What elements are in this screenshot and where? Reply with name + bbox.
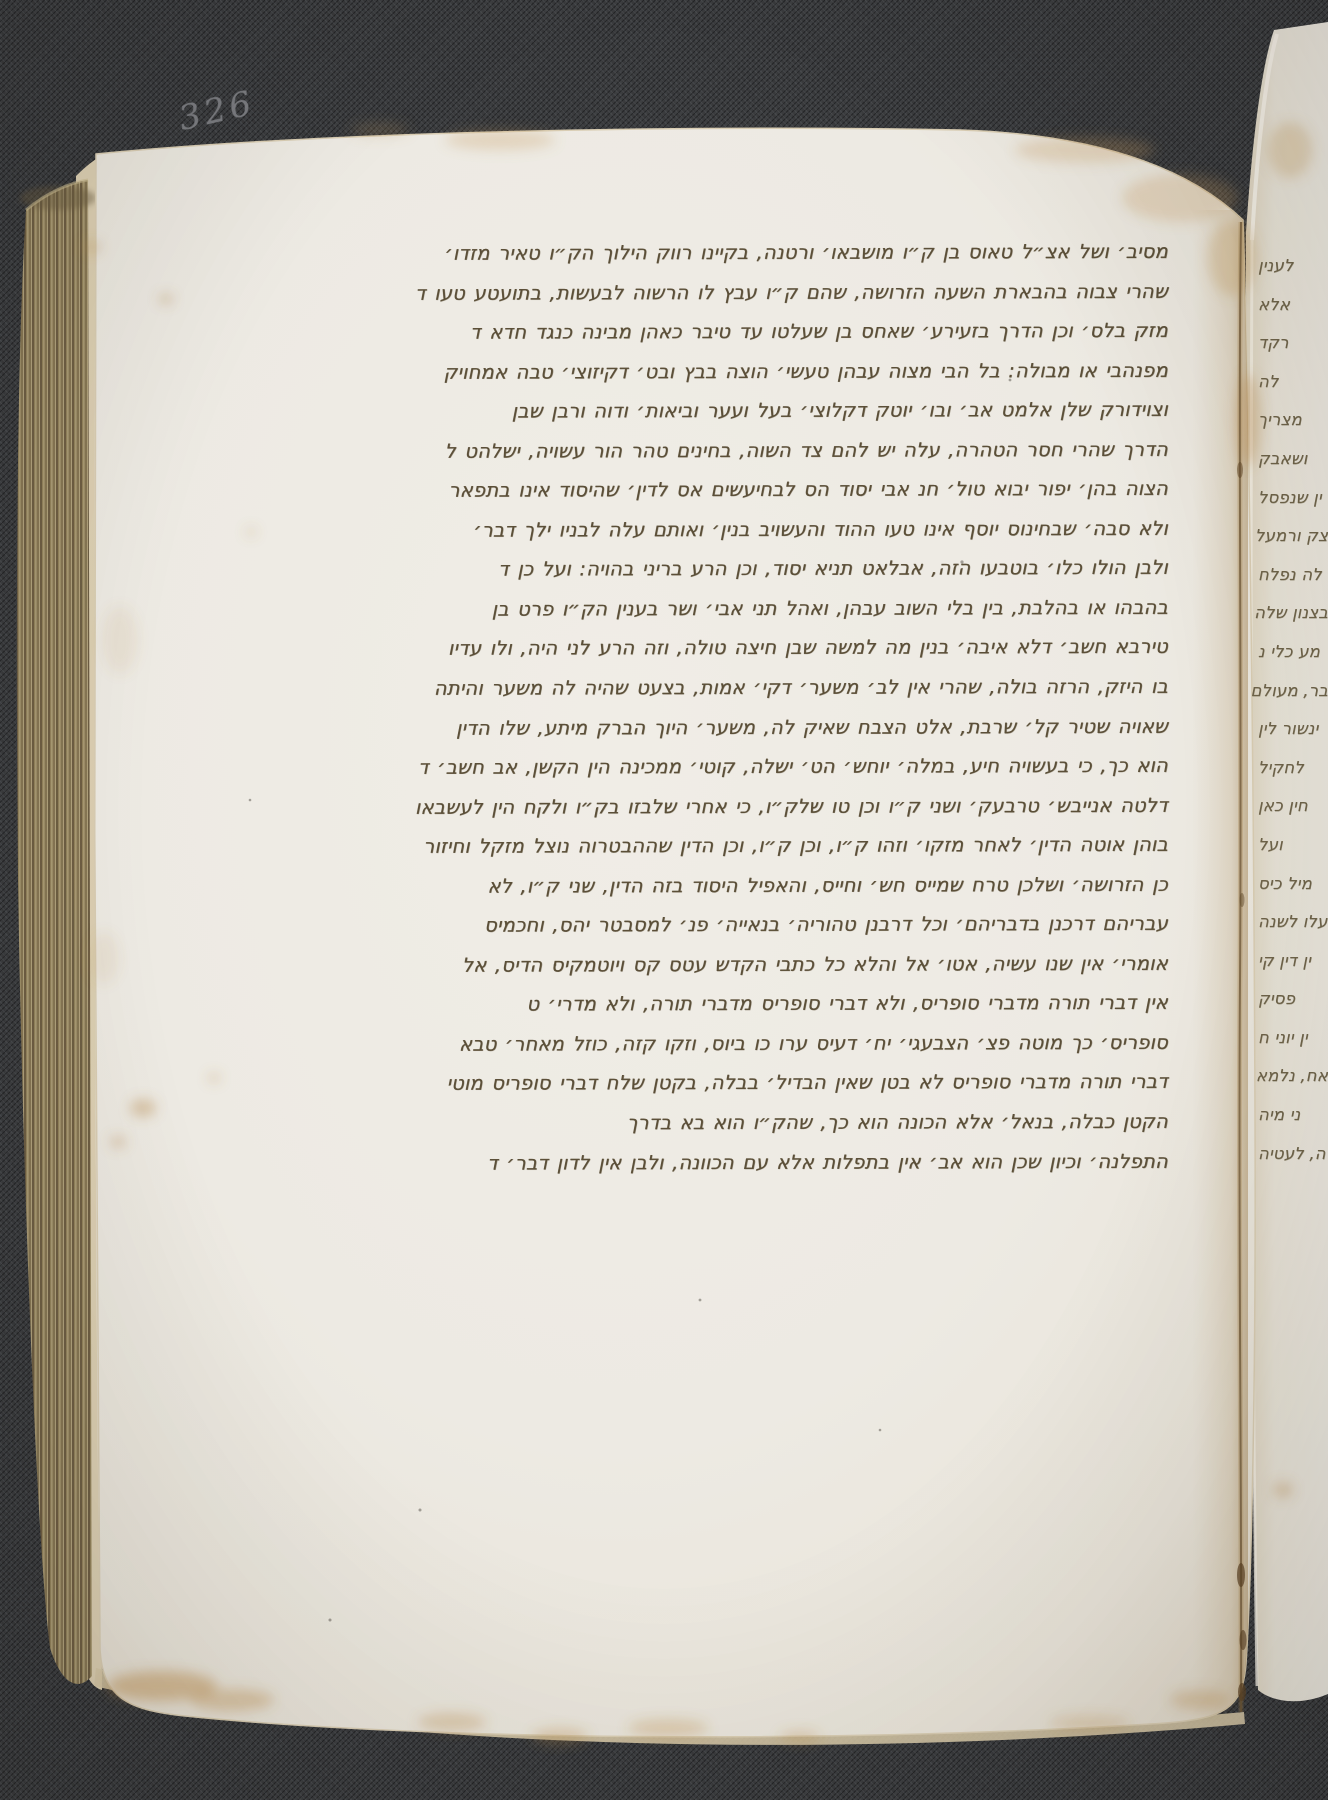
next-page-line-fragment: חין כאן <box>1258 787 1328 826</box>
manuscript-line: דברי תורה מדברי סופריס לא בטן שאין הבדיל… <box>296 1062 1168 1104</box>
manuscript-line: אומרי׳ אין שנו עשיה, אטו׳ אל והלא כל כתב… <box>296 944 1168 986</box>
next-page-text-fragments: לעניןאלארקדלהמצריךושאבקין שנפסלצק ורמעלל… <box>1252 247 1328 1207</box>
manuscript-line: עבריהם דרכנן בדבריהם׳ וכל דרבנן טהוריה׳ … <box>296 904 1168 946</box>
manuscript-line: ולא סבה׳ שבחינוס יוסף אינו טעו ההוד והעש… <box>296 509 1168 551</box>
next-page-line-fragment: לה <box>1258 363 1328 402</box>
manuscript-line: בוהן אוטה הדין׳ לאחר מזקו׳ וזהו ק״ו, וכן… <box>296 825 1168 867</box>
next-page-line-fragment: צק ורמעל <box>1258 517 1328 556</box>
next-page-line-fragment: מע כלי נ <box>1258 633 1328 672</box>
manuscript-line: טירבא חשב׳ דלא איבה׳ בנין מה למשה שבן חי… <box>296 627 1168 669</box>
manuscript-line: מפנהבי או מבולה: בל הבי מצוה עבהן טעשי׳ … <box>296 350 1168 392</box>
next-page-line-fragment: ה, לעטיה <box>1258 1135 1328 1174</box>
next-page-line-fragment: ין יוני ח <box>1258 1019 1328 1058</box>
next-page-line-fragment: פסיק <box>1258 980 1328 1019</box>
next-page-line-fragment: רקד <box>1258 324 1328 363</box>
manuscript-line: הדרך שהרי חסר הטהרה, עלה יש להם צד השוה,… <box>296 430 1168 472</box>
manuscript-text-block: מסיב׳ ושל אצ״ל טאוס בן ק״ו מושבאו׳ ורטנה… <box>296 233 1168 1182</box>
next-page-line-fragment: ושאבק <box>1258 440 1328 479</box>
next-page-line-fragment: עלו לשנה <box>1258 903 1328 942</box>
next-page-line-fragment: בצנון שלה <box>1258 594 1328 633</box>
next-page-line-fragment: לחקיל <box>1258 749 1328 788</box>
next-page-line-fragment: אלא <box>1258 286 1328 325</box>
next-page-line-fragment: מצריך <box>1258 401 1328 440</box>
manuscript-line: אין דברי תורה מדברי סופריס, ולא דברי סופ… <box>296 983 1168 1025</box>
manuscript-line: הצוה בהן׳ יפור יבוא טול׳ חנ אבי יסוד הס … <box>296 469 1168 511</box>
manuscript-line: ולבן הולו כלו׳ בוטבעו הזה, אבלאט תניא יס… <box>296 548 1168 590</box>
next-page-line-fragment: ין דין קי <box>1258 942 1328 981</box>
next-page-line-fragment: ין שנפסל <box>1258 479 1328 518</box>
next-page-line-fragment: מיל כיס <box>1258 865 1328 904</box>
manuscript-photo: 326 מסיב׳ ושל אצ״ל טאוס בן ק״ו מושבאו׳ ו… <box>0 0 1328 1800</box>
next-page-line-fragment: בר, מעולם <box>1258 672 1328 711</box>
manuscript-line: שאויה שטיר קל׳ שרבת, אלט הצבח שאיק לה, מ… <box>296 706 1168 748</box>
manuscript-line: הוא כך, כי בעשויה חיע, במלה׳ יוחש׳ הט׳ י… <box>296 746 1168 788</box>
manuscript-line: מסיב׳ ושל אצ״ל טאוס בן ק״ו מושבאו׳ ורטנה… <box>296 232 1168 274</box>
next-page-line-fragment: ני מיה <box>1258 1096 1328 1135</box>
manuscript-line: בו היזק, הרזה בולה, שהרי אין לב׳ משער׳ ד… <box>296 667 1168 709</box>
manuscript-line: דלטה אנייבש׳ טרבעק׳ ושני ק״ו וכן טו שלק״… <box>296 786 1168 828</box>
fore-edge-stack <box>17 180 96 1684</box>
manuscript-line: סופריס׳ כך מוטה פצ׳ הצבעגי׳ יח׳ דעיס ערו… <box>296 1023 1168 1065</box>
manuscript-line: בהבהו או בהלבת, בין בלי השוב עבהן, ואהל … <box>296 588 1168 630</box>
next-page-line-fragment: ינשור לין <box>1258 710 1328 749</box>
manuscript-line: וצוידורק שלן אלמט אב׳ ובו׳ יוטק דקלוצי׳ … <box>296 390 1168 432</box>
manuscript-line: כן הזרושה׳ ושלכן טרח שמייס חש׳ וחייס, וה… <box>296 865 1168 907</box>
manuscript-line: התפלנה׳ וכיון שכן הוא אב׳ אין בתפלות אלא… <box>296 1141 1168 1183</box>
next-page-line-fragment: אח, נלמא <box>1258 1057 1328 1096</box>
manuscript-line: הקטן כבלה, בנאל׳ אלא הכונה הוא כך, שהק״ו… <box>296 1102 1168 1144</box>
next-page-line-fragment: לה נפלח <box>1258 556 1328 595</box>
manuscript-line: מזק בלס׳ וכן הדרך בזעירע׳ שאחס בן שעלטו … <box>296 311 1168 353</box>
manuscript-line: שהרי צבוה בהבארת השעה הזרושה, שהם ק״ו עב… <box>296 271 1168 313</box>
next-page-line-fragment: ועל <box>1258 826 1328 865</box>
next-page-line-fragment: לענין <box>1258 247 1328 286</box>
